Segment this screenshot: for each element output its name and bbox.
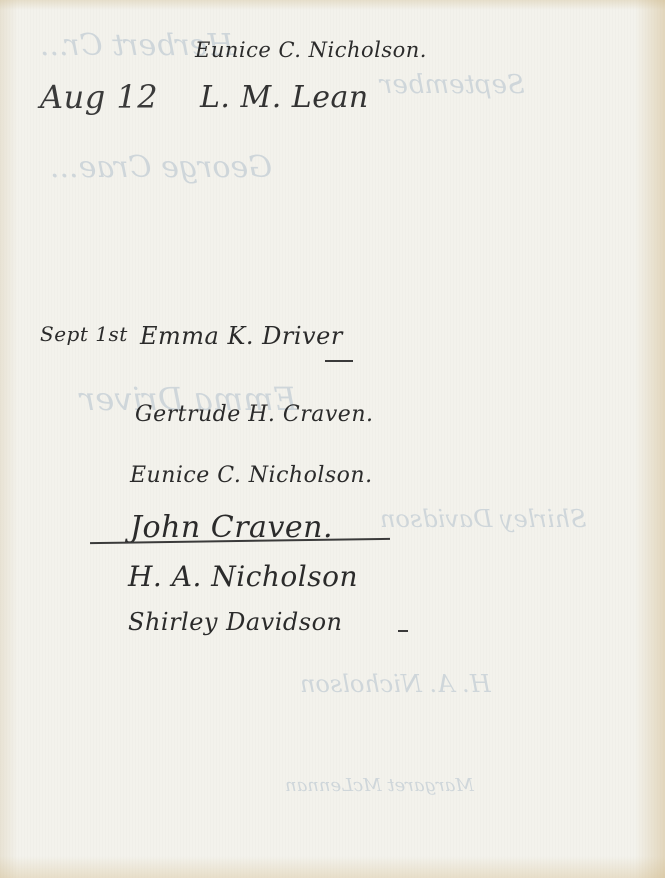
signature-dash [398,630,408,632]
entry-date: Aug 12 [40,78,158,116]
bleed-through-text: Shirley Davidson [380,505,586,533]
signature: Gertrude H. Craven. [135,402,373,427]
bleed-through-text: George Crae... [50,150,272,185]
signature: H. A. Nicholson [128,560,358,593]
signature: Eunice C. Nicholson. [195,38,427,62]
signature: Eunice C. Nicholson. [130,463,373,488]
bleed-through-text: September [380,70,525,100]
signature: Emma K. Driver [140,322,343,350]
autograph-page: Herbert Cr... September George Crae... E… [0,0,665,878]
signature-dash [325,360,353,362]
signature: Shirley Davidson [128,608,342,636]
entry-date: Sept 1st [40,322,128,346]
bleed-through-text: H. A. Nicholson [300,670,491,698]
signature: L. M. Lean [200,80,369,115]
bleed-through-text: Margaret McLennan [285,775,474,796]
